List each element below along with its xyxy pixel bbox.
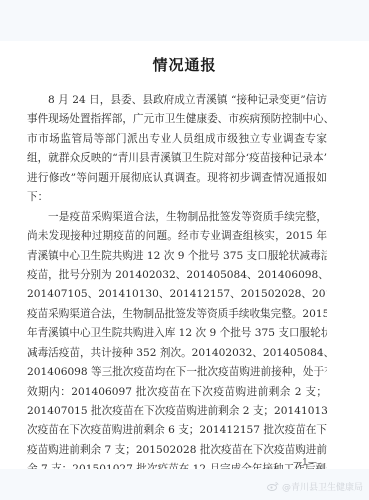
body-line: 年青溪镇中心卫生院共购进入库 12 次 9 个批号 375 支口服轮状 [27,324,327,343]
body-line: 青溪镇中心卫生院共购进 12 次 9 个批号 375 支口服轮状减毒活 [27,247,327,266]
body-line: 8 月 24 日，县委、县政府成立青溪镇 “接种记录变更”信访 [27,91,327,110]
body-line: 效期内：201406097 批次疫苗在下次疫苗购进前剩余 2 支； [27,383,327,402]
body-line: 次疫苗在下次疫苗购进前剩余 6 支；201412157 批次疫苗在下次 [27,421,327,440]
body-line: 减毒活疫苗，共计接种 352 剂次。201402032、201405084、 [27,344,327,363]
body-line: 市市场监管局等部门派出专业人员组成市级独立专业调查专家 [27,130,327,149]
document-page: 情况通报 8 月 24 日，县委、县政府成立青溪镇 “接种记录变更”信访 事件现… [0,41,369,469]
document-title: 情况通报 [0,54,369,75]
watermark-text: @青川县卫生健康局 [282,480,363,493]
body-line: 疫苗，批号分别为 201402032、201405084、201406098、2… [27,266,327,285]
body-line: 疫苗采购渠道合法，生物制品批签发等资质手续收集完整。2015 [27,305,327,324]
top-margin-band [0,0,369,41]
document-body: 8 月 24 日，县委、县政府成立青溪镇 “接种记录变更”信访 事件现场处置指挥… [27,91,327,480]
body-line: 201407105、201410130、201412157、201502028、… [27,285,327,304]
body-line: 进行修改”等问题开展彻底认真调查。现将初步调查情况通报如 [27,169,327,188]
body-line: 下： [27,188,327,207]
body-line: 疫苗购进前剩余 7 支；201502028 批次疫苗在下次疫苗购进前剩 [27,441,327,460]
body-line: 事件现场处置指挥部，广元市卫生健康委、市疾病预防控制中心、 [27,110,327,129]
body-line: 201406098 等三批次疫苗均在下一批次疫苗购进前接种，处于有 [27,363,327,382]
page-number: —1— [285,458,325,468]
body-line: 一是疫苗采购渠道合法，生物制品批签发等资质手续完整， [27,208,327,227]
watermark: @青川县卫生健康局 [267,478,363,494]
body-line: 尚未发现接种过期疫苗的问题。经市专业调查组核实，2015 年 [27,227,327,246]
body-line: 201407015 批次疫苗在下次疫苗购进前剩余 2 支；201410130 批 [27,402,327,421]
weibo-icon [267,481,279,491]
body-line: 组，就群众反映的“青川县青溪镇卫生院对部分‘疫苗接种记录本’ [27,149,327,168]
